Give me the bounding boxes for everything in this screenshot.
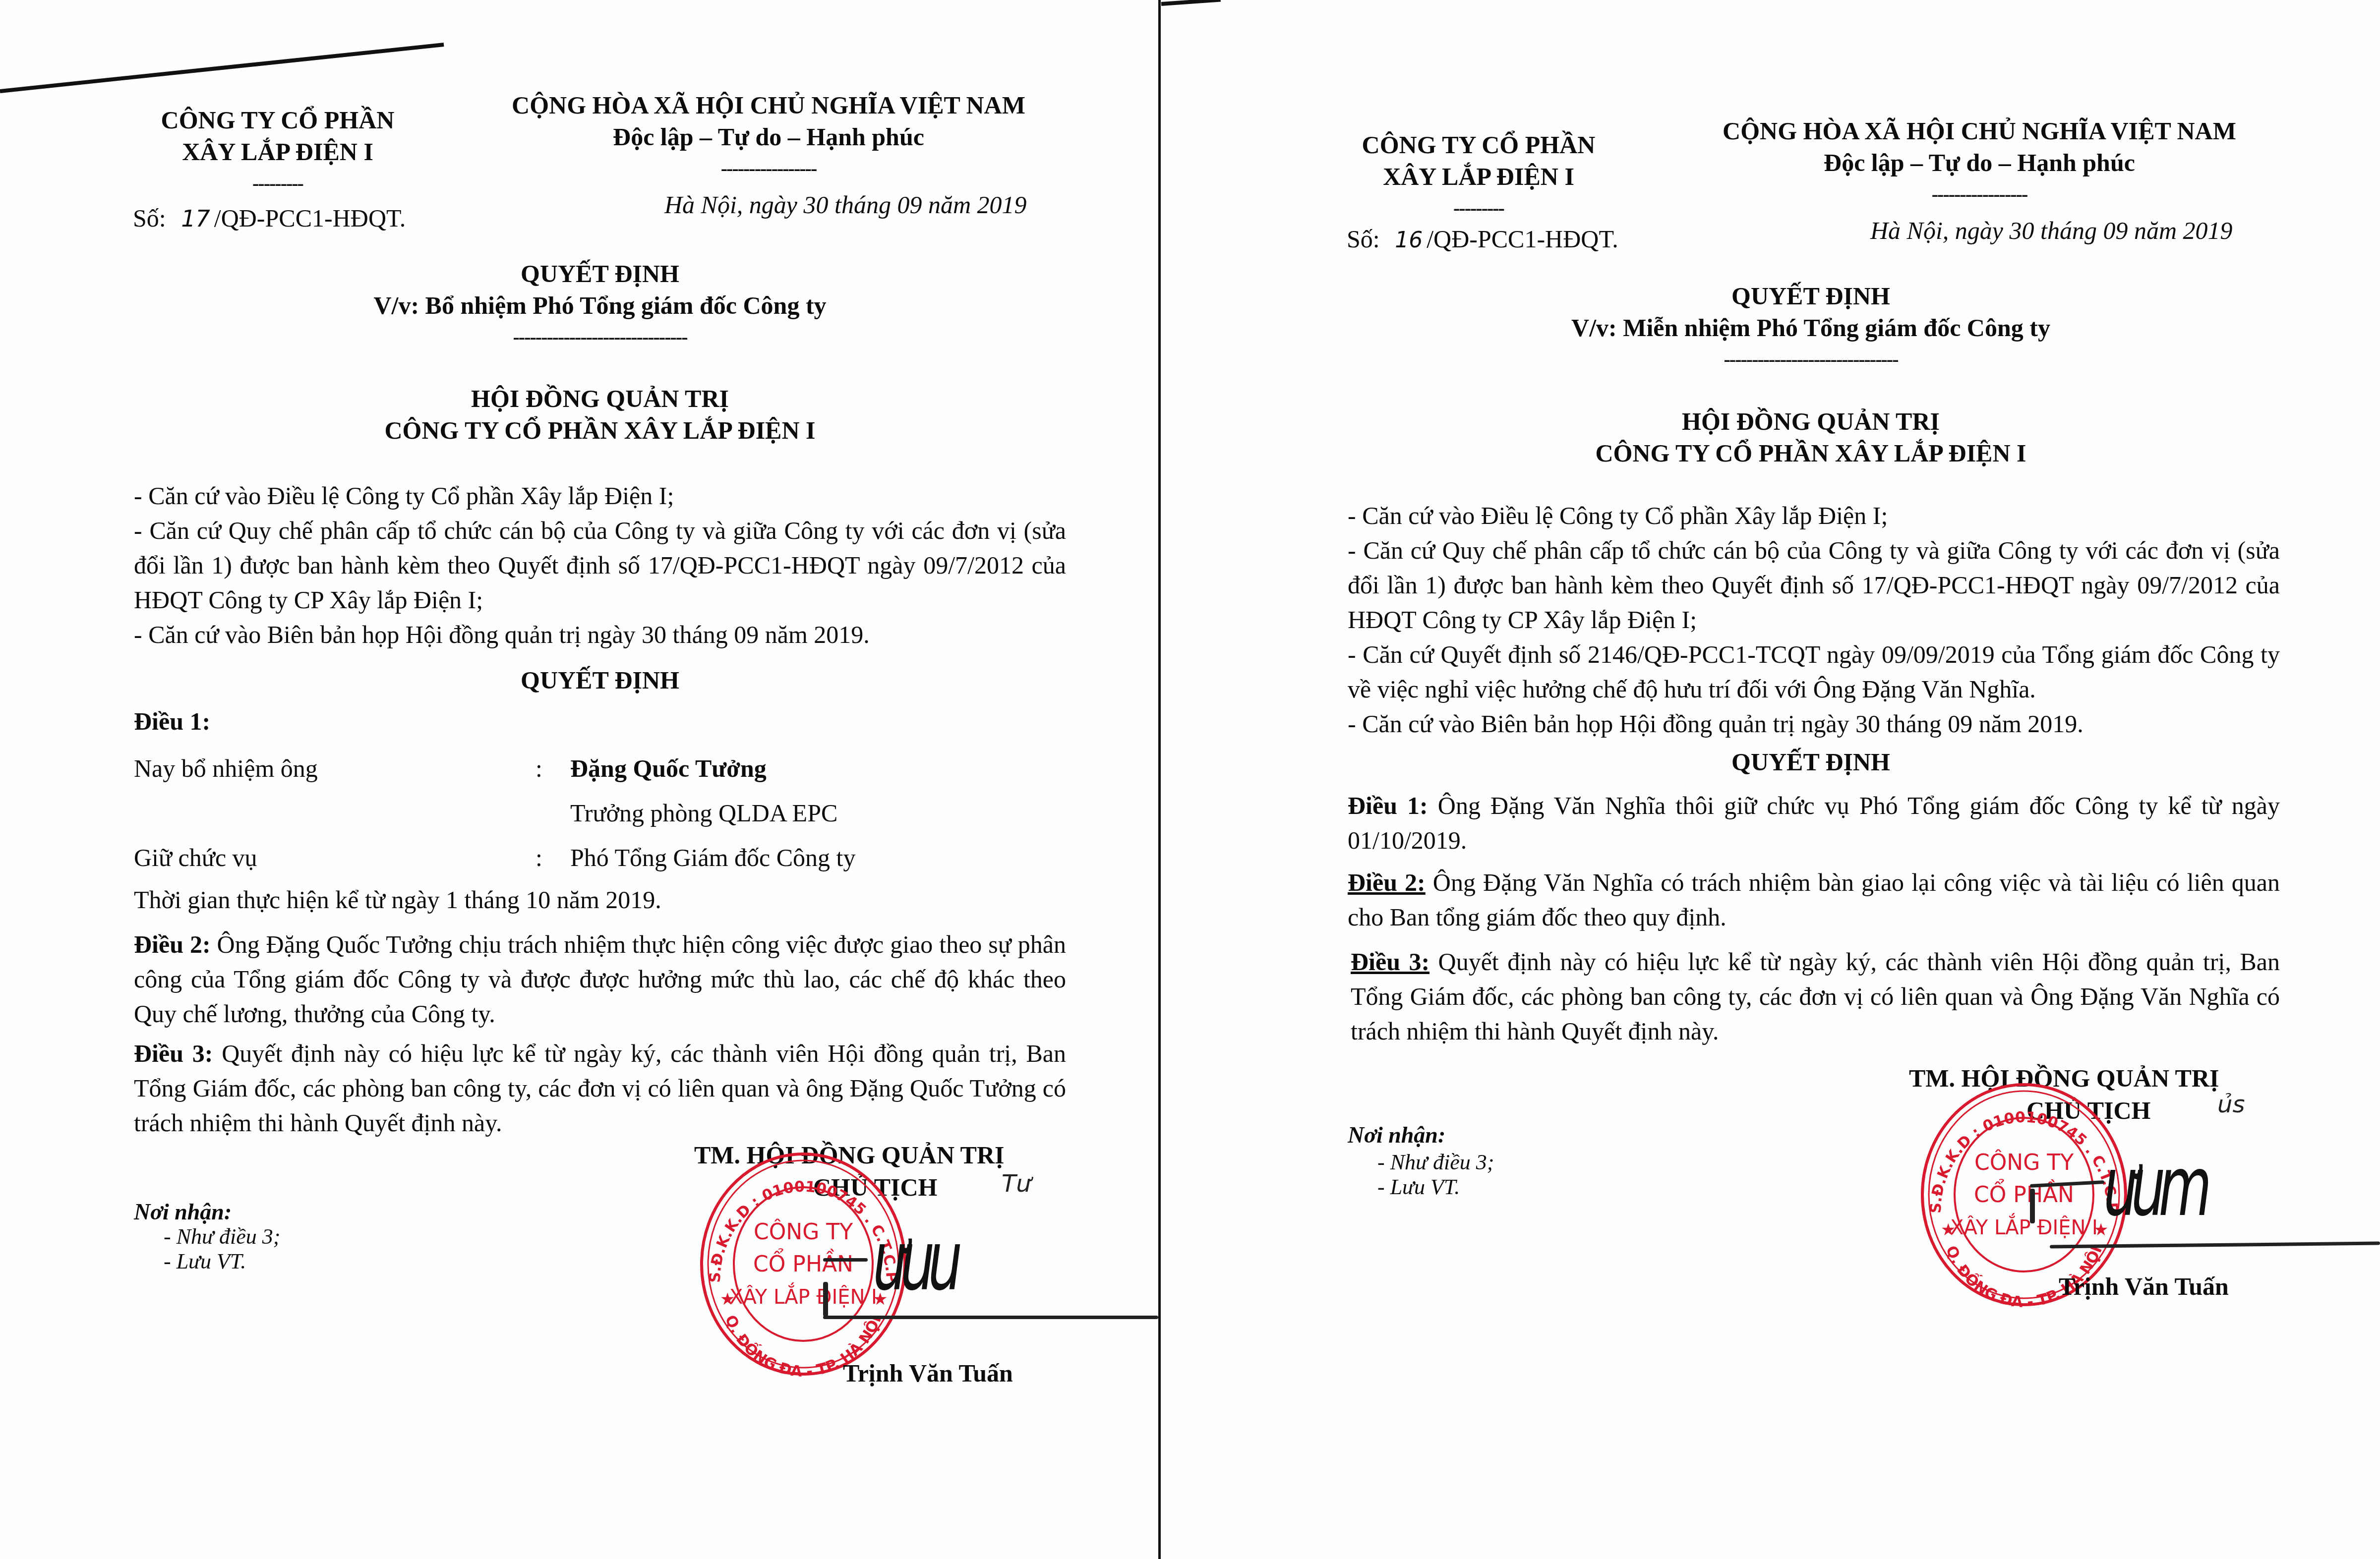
scan-edge-artifact xyxy=(1161,0,1221,6)
svg-text:CÔNG TY: CÔNG TY xyxy=(1974,1149,2074,1175)
company-dash: --------- xyxy=(124,168,431,199)
issuer-line2: CÔNG TY CỔ PHẦN XÂY LẮP ĐIỆN I xyxy=(1360,437,2262,469)
basis-item: - Căn cứ Quy chế phân cấp tổ chức cán bộ… xyxy=(134,513,1066,617)
decision-17-page: CÔNG TY CỔ PHẦN XÂY LẮP ĐIỆN I ---------… xyxy=(0,0,1159,1559)
date-place: Hà Nội, ngày 30 tháng 09 năm 2019 xyxy=(664,187,1027,222)
company-name-block: CÔNG TY CỔ PHẦN XÂY LẮP ĐIỆN I --------- xyxy=(124,104,431,199)
title-block: QUYẾT ĐỊNH V/v: Miễn nhiệm Phó Tổng giám… xyxy=(1360,280,2262,375)
svg-text:XÂY LẮP ĐIỆN I: XÂY LẮP ĐIỆN I xyxy=(1950,1213,2098,1239)
issuer-block: HỘI ĐỒNG QUẢN TRỊ CÔNG TY CỔ PHẦN XÂY LẮ… xyxy=(1360,405,2262,469)
signature-stroke xyxy=(2030,1189,2035,1223)
nation-dash: ----------------- xyxy=(1657,178,2302,210)
basis-item: - Căn cứ vào Biên bản họp Hội đồng quản … xyxy=(1348,706,2280,741)
nation-line1: CỘNG HÒA XÃ HỘI CHỦ NGHĨA VIỆT NAM xyxy=(446,89,1091,121)
signature: ưum xyxy=(2103,1139,2205,1234)
appointee-current-role: Trưởng phòng QLDA EPC xyxy=(570,796,837,830)
handwritten-number: 16 xyxy=(1395,228,1423,253)
handwritten-number: 17 xyxy=(181,205,210,232)
article2: Điều 2: Ông Đặng Quốc Tưởng chịu trách n… xyxy=(134,927,1066,1031)
document-number: Số: 16/QĐ-PCC1-HĐQT. xyxy=(1347,222,1618,258)
company-dash: --------- xyxy=(1325,192,1632,224)
article3: Điều 3: Quyết định này có hiệu lực kể từ… xyxy=(1351,944,2280,1048)
scan-edge-artifact xyxy=(0,43,444,93)
basis-item: - Căn cứ Quyết định số 2146/QĐ-PCC1-TCQT… xyxy=(1348,637,2280,706)
article1: Điều 1: Ông Đặng Văn Nghĩa thôi giữ chức… xyxy=(1348,788,2280,858)
company-line2: XÂY LẮP ĐIỆN I xyxy=(1325,161,1632,192)
decision-heading: QUYẾT ĐỊNH xyxy=(149,664,1051,696)
subject-dash: ------------------------------- xyxy=(149,321,1051,353)
svg-text:CỔ PHẦN: CỔ PHẦN xyxy=(753,1248,853,1277)
signature: ưuu xyxy=(873,1213,955,1309)
svg-text:CÔNG TY: CÔNG TY xyxy=(754,1218,853,1245)
document-number: Số: 17/QĐ-PCC1-HĐQT. xyxy=(133,201,406,236)
national-motto-block: CỘNG HÒA XÃ HỘI CHỦ NGHĨA VIỆT NAM Độc l… xyxy=(1657,115,2302,210)
svg-text:XÂY LẮP ĐIỆN I: XÂY LẮP ĐIỆN I xyxy=(729,1282,877,1309)
signature-stroke xyxy=(823,1282,828,1317)
title-block: QUYẾT ĐỊNH V/v: Bổ nhiệm Phó Tổng giám đ… xyxy=(149,258,1051,353)
nation-line1: CỘNG HÒA XÃ HỘI CHỦ NGHĨA VIỆT NAM xyxy=(1657,115,2302,147)
signer-name: Trịnh Văn Tuấn xyxy=(843,1356,1013,1390)
appoint-label: Nay bổ nhiệm ông xyxy=(134,751,318,786)
basis-item: - Căn cứ vào Biên bản họp Hội đồng quản … xyxy=(134,617,1066,652)
article3: Điều 3: Quyết định này có hiệu lực kể từ… xyxy=(134,1036,1066,1140)
appointee-name: Đặng Quốc Tưởng xyxy=(570,751,767,786)
position-label: Giữ chức vụ xyxy=(134,840,257,875)
signer-name: Trịnh Văn Tuấn xyxy=(2059,1269,2229,1304)
doc-subject: V/v: Bổ nhiệm Phó Tổng giám đốc Công ty xyxy=(149,289,1051,321)
initials-mark: ủs xyxy=(2217,1091,2245,1118)
issuer-block: HỘI ĐỒNG QUẢN TRỊ CÔNG TY CỔ PHẦN XÂY LẮ… xyxy=(149,383,1051,446)
recipient-item: - Lưu VT. xyxy=(164,1244,246,1279)
date-place: Hà Nội, ngày 30 tháng 09 năm 2019 xyxy=(1870,213,2233,248)
decision-16-page: CÔNG TY CỔ PHẦN XÂY LẮP ĐIỆN I ---------… xyxy=(1161,0,2380,1559)
doc-title: QUYẾT ĐỊNH xyxy=(149,258,1051,289)
effective-time: Thời gian thực hiện kể từ ngày 1 tháng 1… xyxy=(134,882,661,917)
position-value: Phó Tổng Giám đốc Công ty xyxy=(570,840,855,875)
page-divider xyxy=(1158,0,1161,1559)
decision-heading: QUYẾT ĐỊNH xyxy=(1360,746,2262,778)
basis-item: - Căn cứ vào Điều lệ Công ty Cổ phần Xây… xyxy=(134,478,1066,513)
article2: Điều 2: Ông Đặng Văn Nghĩa có trách nhiệ… xyxy=(1348,865,2280,934)
issuer-line1: HỘI ĐỒNG QUẢN TRỊ xyxy=(1360,405,2262,437)
legal-bases: - Căn cứ vào Điều lệ Công ty Cổ phần Xây… xyxy=(1348,498,2280,741)
signature-stroke xyxy=(823,1258,868,1262)
signature-underline xyxy=(823,1316,1158,1319)
nation-dash: ----------------- xyxy=(446,153,1091,184)
initials-mark: Tư xyxy=(1002,1170,1031,1198)
national-motto-block: CỘNG HÒA XÃ HỘI CHỦ NGHĨA VIỆT NAM Độc l… xyxy=(446,89,1091,184)
nation-line2: Độc lập – Tự do – Hạnh phúc xyxy=(446,121,1091,153)
legal-bases: - Căn cứ vào Điều lệ Công ty Cổ phần Xây… xyxy=(134,478,1066,652)
issuer-line2: CÔNG TY CỔ PHẦN XÂY LẮP ĐIỆN I xyxy=(149,414,1051,446)
company-line1: CÔNG TY CỔ PHẦN xyxy=(124,104,431,136)
recipient-item: - Lưu VT. xyxy=(1377,1170,1460,1205)
article1-label: Điều 1: xyxy=(134,704,210,739)
basis-item: - Căn cứ vào Điều lệ Công ty Cổ phần Xây… xyxy=(1348,498,2280,533)
subject-dash: ------------------------------- xyxy=(1360,344,2262,375)
issuer-line1: HỘI ĐỒNG QUẢN TRỊ xyxy=(149,383,1051,414)
basis-item: - Căn cứ Quy chế phân cấp tổ chức cán bộ… xyxy=(1348,533,2280,637)
doc-subject: V/v: Miễn nhiệm Phó Tổng giám đốc Công t… xyxy=(1360,312,2262,344)
company-line1: CÔNG TY CỔ PHẦN xyxy=(1325,129,1632,161)
nation-line2: Độc lập – Tự do – Hạnh phúc xyxy=(1657,147,2302,178)
company-line2: XÂY LẮP ĐIỆN I xyxy=(124,136,431,168)
company-name-block: CÔNG TY CỔ PHẦN XÂY LẮP ĐIỆN I --------- xyxy=(1325,129,1632,224)
doc-title: QUYẾT ĐỊNH xyxy=(1360,280,2262,312)
